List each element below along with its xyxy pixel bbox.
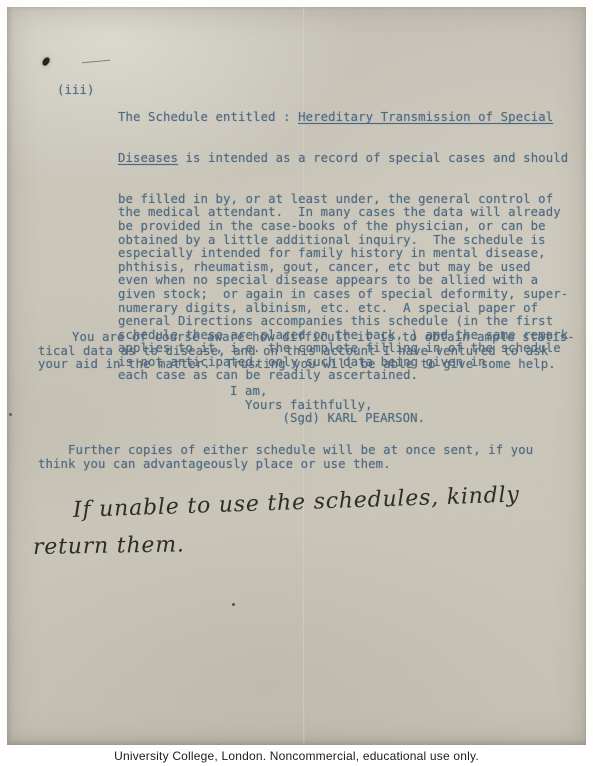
caption-bar: University College, London. Noncommercia… xyxy=(0,745,593,766)
underlined-title-part2: Diseases xyxy=(118,151,178,165)
closing-signature-block: I am, Yours faithfully, (Sgd) KARL PEARS… xyxy=(230,385,425,426)
handwritten-note-line1: If unable to use the schedules, kindly xyxy=(73,482,520,523)
usage-caption: University College, London. Noncommercia… xyxy=(114,749,479,763)
schedule-item-label: (iii) xyxy=(57,84,95,98)
letter-paper: (iii) The Schedule entitled : Hereditary… xyxy=(7,7,586,745)
further-copies-paragraph: Further copies of either schedule will b… xyxy=(38,444,586,471)
paper-hole-mark xyxy=(41,56,51,67)
request-paragraph: You are of course aware how difficult it… xyxy=(38,331,586,372)
ink-speck xyxy=(9,413,12,416)
underlined-title-part1: Hereditary Transmission of Special xyxy=(298,110,553,124)
schedule-item-line1: The Schedule entitled : Hereditary Trans… xyxy=(118,111,580,125)
scratch-mark xyxy=(82,60,110,63)
schedule-item-line2: Diseases is intended as a record of spec… xyxy=(118,152,580,166)
schedule-item-line2-text: is intended as a record of special cases… xyxy=(178,151,568,165)
ink-speck xyxy=(232,603,235,606)
handwritten-note-line2: return them. xyxy=(33,532,185,560)
scanned-letter-page: (iii) The Schedule entitled : Hereditary… xyxy=(0,0,593,766)
schedule-item-line1-text: The Schedule entitled : xyxy=(118,110,298,124)
